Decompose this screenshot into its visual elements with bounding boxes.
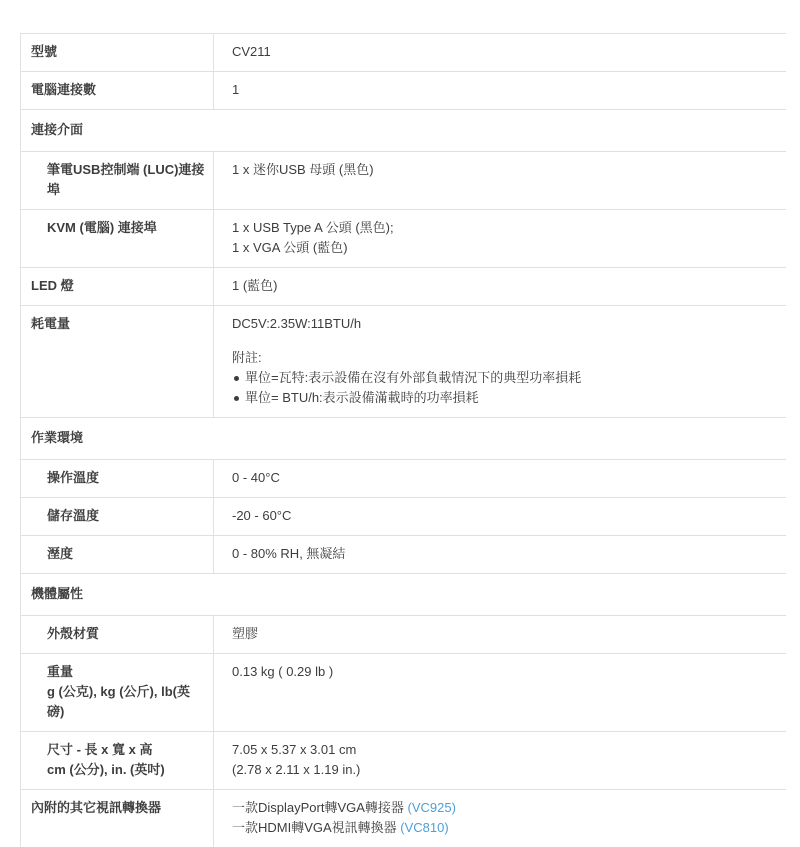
spec-label-luc-port: 筆電USB控制端 (LUC)連接埠 [21,152,214,209]
dimensions-value-in: (2.78 x 2.11 x 1.19 in.) [232,760,770,780]
spec-label-humidity: 溼度 [21,536,214,573]
spec-value-computer-connections: 1 [214,72,786,109]
spec-label-included-converters: 內附的其它視訊轉換器 [21,790,214,847]
spec-row-power-consumption: 耗電量 DC5V:2.35W:11BTU/h 附註: 單位=瓦特:表示設備在沒有… [21,306,786,418]
bullet-icon [234,376,239,381]
spec-value-luc-port: 1 x 迷你USB 母頭 (黑色) [214,152,786,209]
power-consumption-value: DC5V:2.35W:11BTU/h [232,314,770,334]
dimensions-label-line1: 尺寸 - 長 x 寬 x 高 [47,740,205,760]
spec-value-model: CV211 [214,34,786,71]
section-header-operating-environment: 作業環境 [21,418,786,460]
spec-value-weight: 0.13 kg ( 0.29 lb ) [214,654,786,731]
spec-row-housing: 外殼材質 塑膠 [21,616,786,654]
spec-label-kvm-port: KVM (電腦) 連接埠 [21,210,214,267]
included-converter-line1-text: 一款DisplayPort轉VGA轉接器 [232,800,408,815]
spec-value-operating-temp: 0 - 40°C [214,460,786,497]
power-note-2-text: 單位= BTU/h:表示設備滿載時的功率損耗 [245,388,479,408]
spec-value-kvm-line1: 1 x USB Type A 公頭 (黑色); [232,218,770,238]
spec-value-led: 1 (藍色) [214,268,786,305]
vc810-link[interactable]: (VC810) [400,820,448,835]
weight-label-line1: 重量 [47,662,205,682]
spec-row-computer-connections: 電腦連接數 1 [21,72,786,110]
product-spec-table: 型號 CV211 電腦連接數 1 連接介面 筆電USB控制端 (LUC)連接埠 … [20,33,786,847]
included-converter-line2-text: 一款HDMI轉VGA視訊轉換器 [232,820,400,835]
spec-row-led: LED 燈 1 (藍色) [21,268,786,306]
dimensions-label-line2: cm (公分), in. (英吋) [47,760,205,780]
section-header-interface: 連接介面 [21,110,786,152]
included-converter-line1: 一款DisplayPort轉VGA轉接器 (VC925) [232,798,770,818]
spec-row-humidity: 溼度 0 - 80% RH, 無凝結 [21,536,786,574]
spec-label-model: 型號 [21,34,214,71]
spec-label-dimensions: 尺寸 - 長 x 寬 x 高 cm (公分), in. (英吋) [21,732,214,789]
power-note-title: 附註: [232,348,770,368]
spec-label-operating-temp: 操作溫度 [21,460,214,497]
spec-row-luc-port: 筆電USB控制端 (LUC)連接埠 1 x 迷你USB 母頭 (黑色) [21,152,786,210]
power-note-1: 單位=瓦特:表示設備在沒有外部負載情況下的典型功率損耗 [232,368,770,388]
spec-value-power-consumption: DC5V:2.35W:11BTU/h 附註: 單位=瓦特:表示設備在沒有外部負載… [214,306,786,417]
spec-value-housing: 塑膠 [214,616,786,653]
vc925-link[interactable]: (VC925) [408,800,456,815]
spec-label-housing: 外殼材質 [21,616,214,653]
spec-row-model: 型號 CV211 [21,34,786,72]
spec-label-weight: 重量 g (公克), kg (公斤), lb(英磅) [21,654,214,731]
spec-row-kvm-port: KVM (電腦) 連接埠 1 x USB Type A 公頭 (黑色); 1 x… [21,210,786,268]
spec-row-weight: 重量 g (公克), kg (公斤), lb(英磅) 0.13 kg ( 0.2… [21,654,786,732]
spec-label-computer-connections: 電腦連接數 [21,72,214,109]
included-converter-line2: 一款HDMI轉VGA視訊轉換器 (VC810) [232,818,770,838]
spec-row-storage-temp: 儲存溫度 -20 - 60°C [21,498,786,536]
spec-value-dimensions: 7.05 x 5.37 x 3.01 cm (2.78 x 2.11 x 1.1… [214,732,786,789]
power-note-1-text: 單位=瓦特:表示設備在沒有外部負載情況下的典型功率損耗 [245,368,581,388]
spec-label-led: LED 燈 [21,268,214,305]
spec-value-storage-temp: -20 - 60°C [214,498,786,535]
spec-row-dimensions: 尺寸 - 長 x 寬 x 高 cm (公分), in. (英吋) 7.05 x … [21,732,786,790]
spec-label-storage-temp: 儲存溫度 [21,498,214,535]
spec-value-kvm-port: 1 x USB Type A 公頭 (黑色); 1 x VGA 公頭 (藍色) [214,210,786,267]
section-header-physical-properties: 機體屬性 [21,574,786,616]
power-note-2: 單位= BTU/h:表示設備滿載時的功率損耗 [232,388,770,408]
weight-label-line2: g (公克), kg (公斤), lb(英磅) [47,682,205,722]
spec-row-operating-temp: 操作溫度 0 - 40°C [21,460,786,498]
spec-value-humidity: 0 - 80% RH, 無凝結 [214,536,786,573]
spec-row-included-converters: 內附的其它視訊轉換器 一款DisplayPort轉VGA轉接器 (VC925) … [21,790,786,847]
spec-label-power-consumption: 耗電量 [21,306,214,417]
bullet-icon [234,396,239,401]
spec-value-kvm-line2: 1 x VGA 公頭 (藍色) [232,238,770,258]
spec-value-included-converters: 一款DisplayPort轉VGA轉接器 (VC925) 一款HDMI轉VGA視… [214,790,786,847]
dimensions-value-cm: 7.05 x 5.37 x 3.01 cm [232,740,770,760]
